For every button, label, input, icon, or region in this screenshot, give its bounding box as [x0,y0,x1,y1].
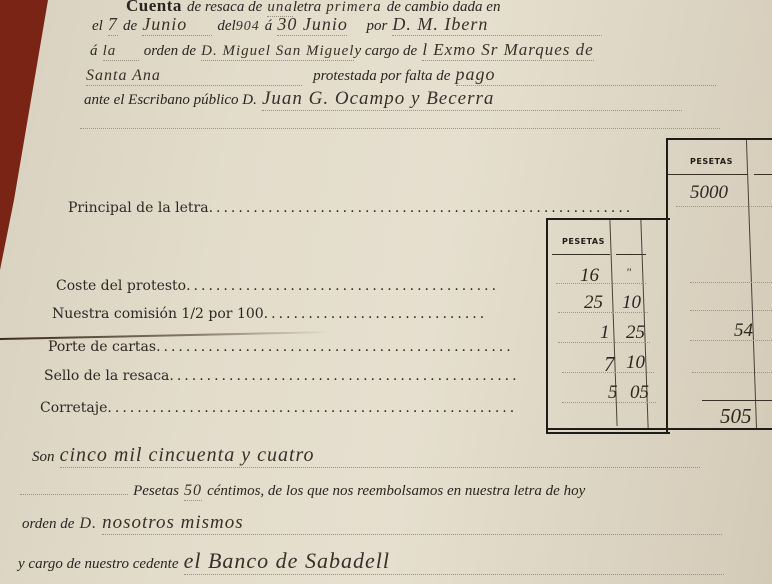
item-stamp: Sello de la resaca......................… [44,368,519,384]
item-principal: Principal de la letra...................… [68,200,629,216]
header-rule [80,128,720,129]
grand-total: 505 [720,404,752,429]
itemized-table-header: PESETAS [562,237,605,246]
brokerage-centimos: 05 [630,382,649,404]
header-line-2: el 7 de Junio del904 á 30 Junio por D. M… [92,14,602,36]
commission-centimos: 10 [622,292,641,314]
footer-line-4: y cargo de nuestro cedente el Banco de S… [18,548,724,575]
item-brokerage: Corretaje...............................… [40,400,517,416]
item-postage: Porte de cartas.........................… [48,339,511,355]
header-line-4: Santa Ana protestada por falta de pago [86,64,716,86]
stamp-centimos: 10 [626,352,645,374]
postage-pesetas: 1 [600,322,610,344]
document-title: Cuenta [126,0,182,15]
protest-cost-centimos: " [626,265,631,280]
totals-table-header: PESETAS [690,157,733,166]
stamp-pesetas: 7 [604,352,615,377]
footer-line-3: orden de D. nosotros mismos [22,512,722,535]
footer-line-2: Pesetas 50 céntimos, de los que nos reem… [20,480,585,501]
item-commission: Nuestra comisión 1/2 por 100............… [52,306,486,322]
commission-pesetas: 25 [584,292,603,314]
item-protest-cost: Coste del protesto......................… [56,278,496,294]
principal-total: 5000 [690,182,728,204]
header-line-3: á la orden de D. Miguel San Miguely carg… [90,40,594,61]
postage-centimos: 25 [626,322,645,344]
brokerage-pesetas: 5 [608,382,618,404]
expenses-total: 54 [734,320,753,342]
header-line-5: ante el Escribano público D. Juan G. Oca… [84,88,682,111]
footer-line-1: Son cinco mil cincuenta y cuatro [32,444,700,468]
